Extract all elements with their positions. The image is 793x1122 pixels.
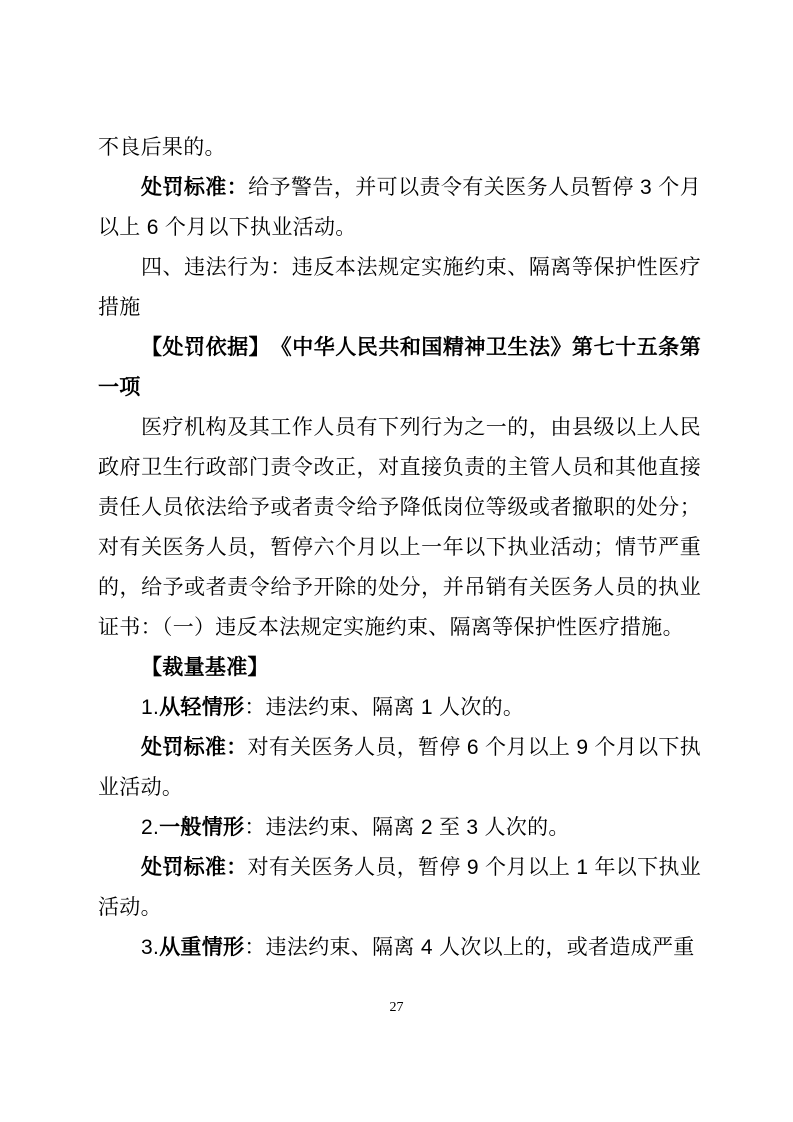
text-run: 不良后果的。 — [98, 136, 226, 159]
text-run: 3. — [141, 936, 159, 959]
paragraph: 处罚标准：对有关医务人员，暂停 9 个月以上 1 年以下执业活动。 — [98, 848, 701, 928]
text-run: ：违法约束、隔离 2 至 3 人次的。 — [244, 816, 569, 839]
paragraph: 1.从轻情形：违法约束、隔离 1 人次的。 — [98, 688, 701, 728]
paragraph: 不良后果的。 — [98, 128, 701, 168]
text-run: 1. — [141, 696, 159, 719]
paragraph: 处罚标准：给予警告，并可以责令有关医务人员暂停 3 个月以上 6 个月以下执业活… — [98, 168, 701, 248]
document-body: 不良后果的。处罚标准：给予警告，并可以责令有关医务人员暂停 3 个月以上 6 个… — [98, 128, 701, 968]
paragraph: 四、违法行为：违反本法规定实施约束、隔离等保护性医疗措施 — [98, 248, 701, 328]
bold-text-run: 处罚标准： — [141, 856, 248, 879]
text-run: ：违法约束、隔离 1 人次的。 — [244, 696, 524, 719]
bold-text-run: 从重情形 — [159, 936, 244, 959]
bold-text-run: 【处罚依据】 《中华人民共和国精神卫生法》第七十五条第一项 — [98, 336, 701, 399]
page-number: 27 — [0, 1000, 793, 1016]
paragraph: 3.从重情形：违法约束、隔离 4 人次以上的，或者造成严重 — [98, 928, 701, 968]
bold-text-run: 从轻情形 — [159, 696, 244, 719]
text-run: ：违法约束、隔离 4 人次以上的，或者造成严重 — [244, 936, 694, 959]
bold-text-run: 处罚标准： — [141, 736, 248, 759]
document-page: 不良后果的。处罚标准：给予警告，并可以责令有关医务人员暂停 3 个月以上 6 个… — [0, 0, 793, 1122]
paragraph: 【裁量基准】 — [98, 648, 701, 688]
paragraph: 2.一般情形：违法约束、隔离 2 至 3 人次的。 — [98, 808, 701, 848]
paragraph: 医疗机构及其工作人员有下列行为之一的，由县级以上人民政府卫生行政部门责令改正，对… — [98, 408, 701, 648]
text-run: 2. — [141, 816, 159, 839]
paragraph: 【处罚依据】 《中华人民共和国精神卫生法》第七十五条第一项 — [98, 328, 701, 408]
bold-text-run: 一般情形 — [159, 816, 244, 839]
text-run: 医疗机构及其工作人员有下列行为之一的，由县级以上人民政府卫生行政部门责令改正，对… — [98, 416, 701, 639]
bold-text-run: 【裁量基准】 — [141, 656, 269, 679]
paragraph: 处罚标准：对有关医务人员，暂停 6 个月以上 9 个月以下执业活动。 — [98, 728, 701, 808]
text-run: 四、违法行为：违反本法规定实施约束、隔离等保护性医疗措施 — [98, 256, 701, 319]
bold-text-run: 处罚标准： — [141, 176, 248, 199]
